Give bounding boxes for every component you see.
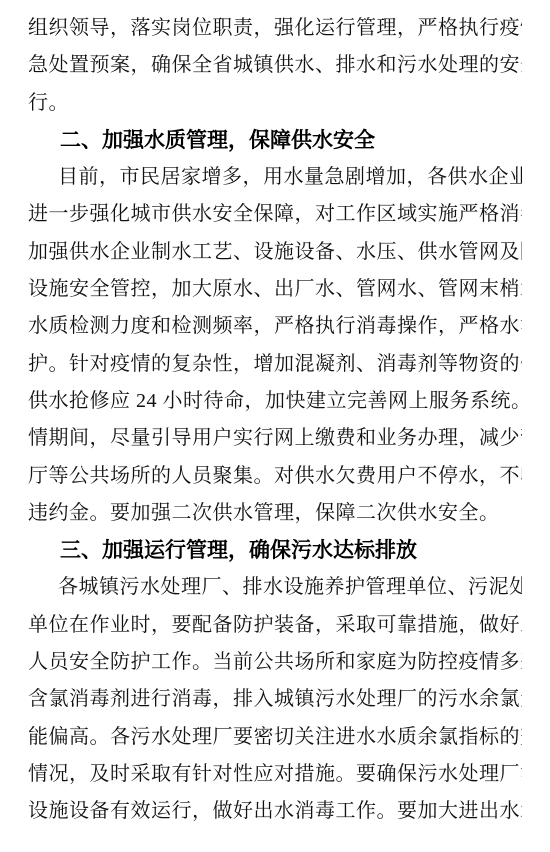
text-line: 急处置预案，确保全省城镇供水、排水和污水处理的安全运 <box>28 47 522 84</box>
text-line: 供水抢修应 24 小时待命，加快建立完善网上服务系统。疫 <box>28 383 522 420</box>
text-line: 设施安全管控，加大原水、出厂水、管网水、管网末梢水的 <box>28 271 522 308</box>
text-line: 加强供水企业制水工艺、设施设备、水压、供水管网及附属 <box>28 234 522 271</box>
document-page: 组织领导，落实岗位职责，强化运行管理，严格执行疫情应急处置预案，确保全省城镇供水… <box>0 0 550 852</box>
text-line: 设施设备有效运行，做好出水消毒工作。要加大进出水水质 <box>28 793 522 830</box>
text-line: 进一步强化城市供水安全保障，对工作区域实施严格消毒， <box>28 196 522 233</box>
text-line: 行。 <box>28 85 522 122</box>
text-line: 违约金。要加强二次供水管理，保障二次供水安全。 <box>28 495 522 532</box>
text-line: 组织领导，落实岗位职责，强化运行管理，严格执行疫情应 <box>28 10 522 47</box>
text-line: 目前，市民居家增多，用水量急剧增加，各供水企业要 <box>28 159 522 196</box>
document-body: 组织领导，落实岗位职责，强化运行管理，严格执行疫情应急处置预案，确保全省城镇供水… <box>28 10 522 831</box>
text-line: 各城镇污水处理厂、排水设施养护管理单位、污泥处置 <box>28 569 522 606</box>
text-line: 厅等公共场所的人员聚集。对供水欠费用户不停水，不收取 <box>28 458 522 495</box>
text-line: 水质检测力度和检测频率，严格执行消毒操作，严格水源保 <box>28 308 522 345</box>
text-line: 护。针对疫情的复杂性，增加混凝剂、消毒剂等物资的储备。 <box>28 346 522 383</box>
text-line: 情况，及时采取有针对性应对措施。要确保污水处理厂消毒 <box>28 756 522 793</box>
text-line: 人员安全防护工作。当前公共场所和家庭为防控疫情多采用 <box>28 644 522 681</box>
section-heading: 二、加强水质管理，保障供水安全 <box>28 122 522 159</box>
text-line: 情期间，尽量引导用户实行网上缴费和业务办理，减少营业 <box>28 420 522 457</box>
section-heading: 三、加强运行管理，确保污水达标排放 <box>28 532 522 569</box>
text-line: 单位在作业时，要配备防护装备，采取可靠措施，做好工作 <box>28 607 522 644</box>
text-line: 含氯消毒剂进行消毒，排入城镇污水处理厂的污水余氯量可 <box>28 681 522 718</box>
text-line: 能偏高。各污水处理厂要密切关注进水水质余氯指标的变化 <box>28 719 522 756</box>
